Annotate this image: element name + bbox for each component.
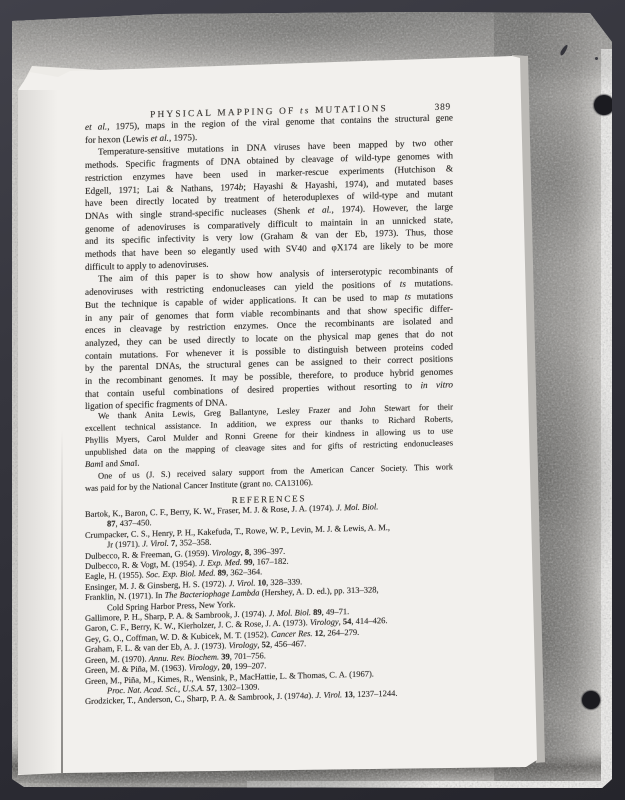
photo-of-photocopied-page: { "colors":{"background":"#2e2e36","shee… xyxy=(0,0,625,800)
body-text: et al., 1975), maps in the region of the… xyxy=(85,111,453,413)
page-content: PHYSICAL MAPPING OF ts MUTATIONS 389 et … xyxy=(85,0,453,780)
punch-hole-top xyxy=(594,95,614,115)
punch-hole-bottom xyxy=(582,691,600,709)
reference-list: Bartok, K., Baron, C. F., Berry, K. W., … xyxy=(85,499,453,706)
acknowledgments: We thank Anita Lewis, Greg Ballantyne, L… xyxy=(85,400,453,494)
pen-dot xyxy=(595,57,598,60)
page-gutter-shading xyxy=(18,90,58,774)
page-fold-line xyxy=(61,430,63,773)
